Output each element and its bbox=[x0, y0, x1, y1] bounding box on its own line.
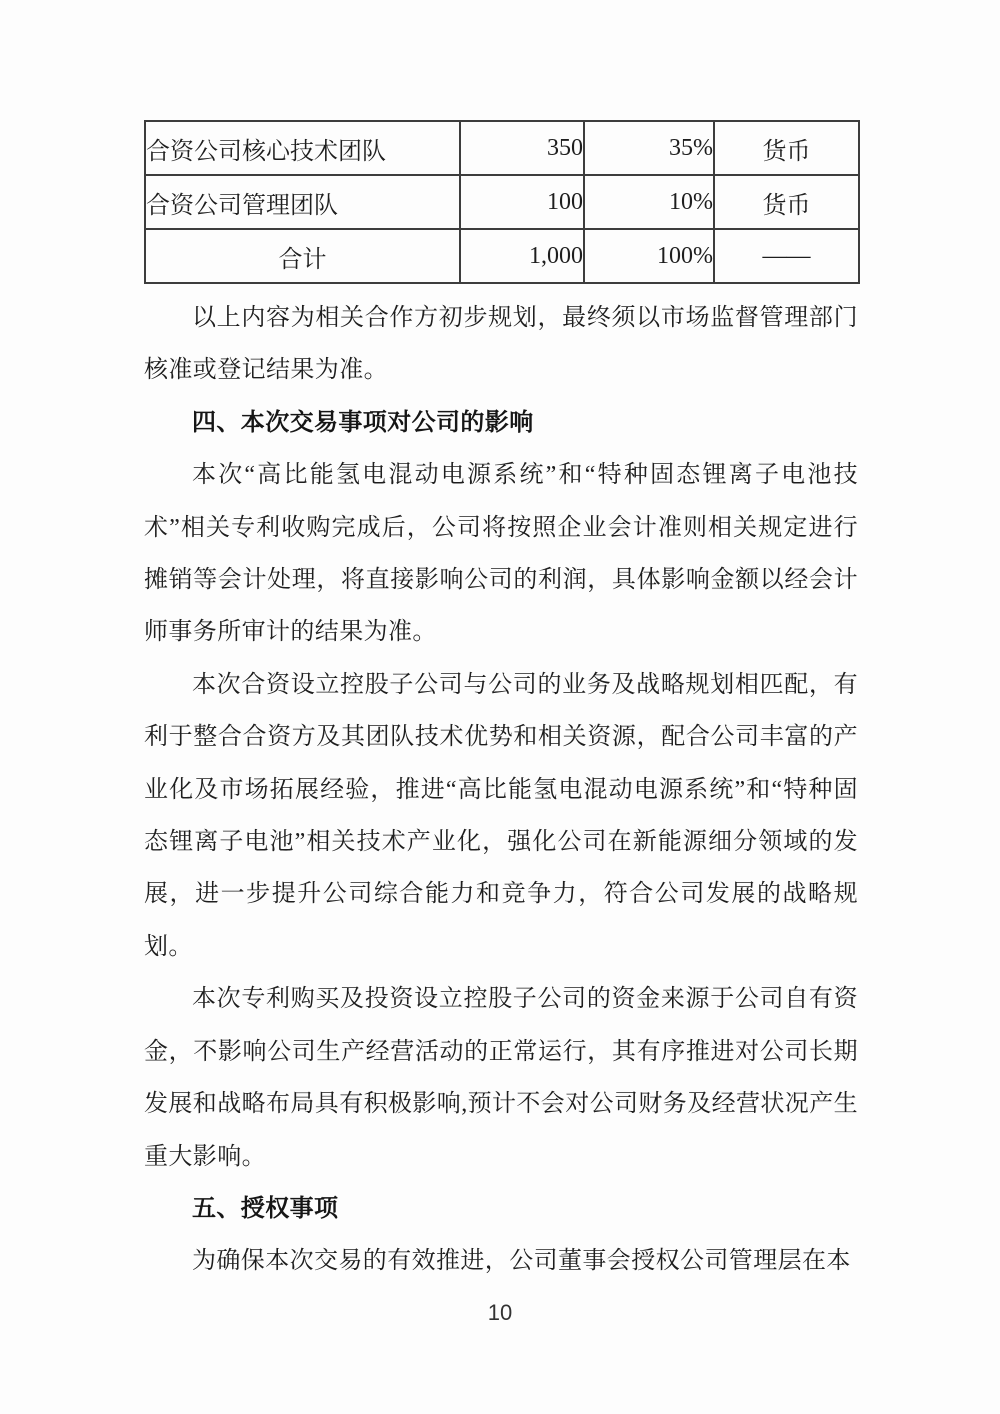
table-row: 合资公司核心技术团队 350 35% 货币 bbox=[145, 121, 859, 175]
cell-ratio: 35% bbox=[584, 121, 714, 175]
capital-structure-table: 合资公司核心技术团队 350 35% 货币 合资公司管理团队 100 10% 货… bbox=[144, 120, 860, 284]
cell-method: 货币 bbox=[714, 121, 859, 175]
cell-amount: 350 bbox=[460, 121, 584, 175]
paragraph-authorization: 为确保本次交易的有效推进，公司董事会授权公司管理层在本 bbox=[144, 1235, 858, 1287]
paragraph-impact-funding: 本次专利购买及投资设立控股子公司的资金来源于公司自有资金，不影响公司生产经营活动… bbox=[144, 973, 858, 1183]
page-number: 10 bbox=[0, 1300, 1000, 1326]
cell-party-name: 合资公司核心技术团队 bbox=[145, 121, 460, 175]
cell-method: —— bbox=[714, 229, 859, 283]
document-page: 合资公司核心技术团队 350 35% 货币 合资公司管理团队 100 10% 货… bbox=[0, 0, 1000, 1414]
cell-amount: 1,000 bbox=[460, 229, 584, 283]
paragraph-impact-strategy: 本次合资设立控股子公司与公司的业务及战略规划相匹配，有利于整合合资方及其团队技术… bbox=[144, 659, 858, 973]
cell-ratio: 10% bbox=[584, 175, 714, 229]
section-heading-authorization: 五、授权事项 bbox=[144, 1183, 858, 1235]
page-content: 合资公司核心技术团队 350 35% 货币 合资公司管理团队 100 10% 货… bbox=[144, 120, 858, 1288]
cell-method: 货币 bbox=[714, 175, 859, 229]
cell-total-label: 合计 bbox=[145, 229, 460, 283]
paragraph-impact-accounting: 本次“高比能氢电混动电源系统”和“特种固态锂离子电池技术”相关专利收购完成后，公… bbox=[144, 449, 858, 659]
cell-amount: 100 bbox=[460, 175, 584, 229]
cell-party-name: 合资公司管理团队 bbox=[145, 175, 460, 229]
table-row: 合资公司管理团队 100 10% 货币 bbox=[145, 175, 859, 229]
section-heading-impact: 四、本次交易事项对公司的影响 bbox=[144, 397, 858, 449]
table-row-total: 合计 1,000 100% —— bbox=[145, 229, 859, 283]
cell-ratio: 100% bbox=[584, 229, 714, 283]
paragraph-table-note: 以上内容为相关合作方初步规划，最终须以市场监督管理部门核准或登记结果为准。 bbox=[144, 292, 858, 397]
